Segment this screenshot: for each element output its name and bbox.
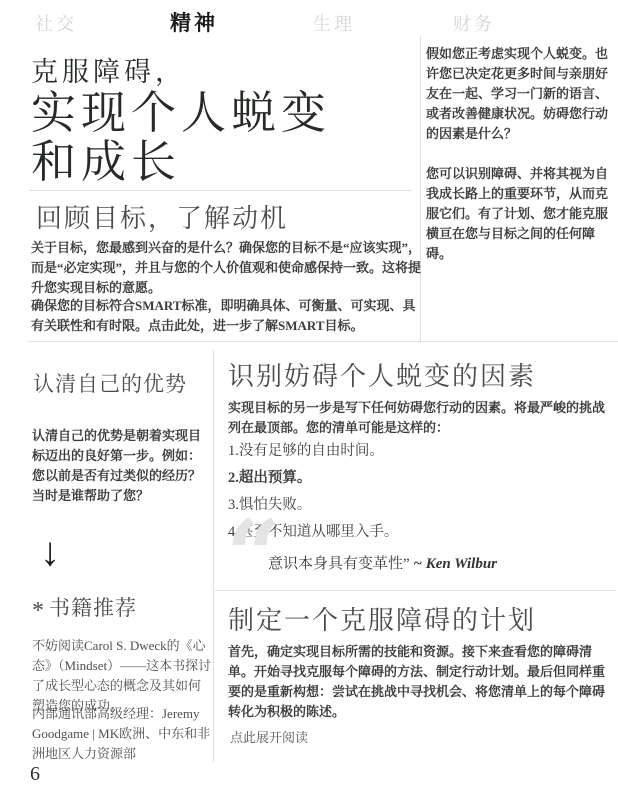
intro-paragraph-1: 假如您正考虑实现个人蜕变。也许您已决定花更多时间与亲朋好友在一起、学习一门新的语…: [426, 44, 614, 144]
books-section-heading: *书籍推荐: [32, 592, 137, 622]
quote-attribution: ~ Ken Wilbur: [413, 556, 497, 572]
factors-intro: 实现目标的另一步是写下任何妨碍您行动的因素。将最严峻的挑战列在最顶部。您的清单可…: [228, 398, 606, 438]
page-number: 6: [30, 763, 40, 786]
page-title: 克服障碍， 实现个人蜕变 和成长: [31, 55, 331, 187]
strengths-paragraph: 认清自己的优势是朝着实现目标迈出的良好第一步。例如：您以前是否有过类似的经历？当…: [32, 426, 212, 506]
plan-section-heading: 制定一个克服障碍的计划: [228, 600, 536, 637]
magazine-page: 社交 精神 生理 财务 克服障碍， 实现个人蜕变 和成长 假如您正考虑实现个人蜕…: [0, 0, 618, 800]
strengths-section-heading: 认清自己的优势: [33, 368, 187, 398]
smart-goals-link[interactable]: 点击此处: [148, 318, 200, 333]
page-title-line1: 克服障碍，: [31, 55, 331, 89]
obstacle-list: 1.没有足够的自由时间。 2.超出预算。 3.惧怕失败。 4.甚至不知道从哪里入…: [228, 438, 608, 546]
nav-tab-finance[interactable]: 财务: [453, 10, 495, 36]
credit-line: 内部通讯部高级经理：Jeremy Goodgame | MK欧洲、中东和非洲地区…: [32, 704, 212, 764]
divider-vertical-bottom: [213, 350, 214, 762]
quote-text: 意识本身具有变革性” ~ Ken Wilbur: [268, 552, 497, 573]
asterisk-icon: *: [32, 598, 45, 624]
review-paragraph-1: 关于目标，您最感到兴奋的是什么？确保您的目标不是“应该实现”，而是“必定实现”，…: [31, 238, 423, 298]
intro-paragraph-2: 您可以识别障碍、并将其视为自我成长路上的重要环节，从而克服它们。有了计划、您才能…: [426, 164, 614, 264]
divider-middle: [28, 341, 618, 342]
divider-review-top: [29, 190, 412, 191]
nav-tab-physical[interactable]: 生理: [313, 10, 355, 36]
obstacle-item: 1.没有足够的自由时间。: [228, 438, 608, 465]
plan-paragraph: 首先，确定实现目标所需的技能和资源。接下来查看您的障碍清单。开始寻找克服每个障碍…: [228, 642, 608, 722]
expand-read-link[interactable]: 点此展开阅读: [230, 727, 308, 746]
intro-column: 假如您正考虑实现个人蜕变。也许您已决定花更多时间与亲朋好友在一起、学习一门新的语…: [426, 44, 614, 284]
divider-plan-top: [215, 590, 616, 591]
page-title-line3: 和成长: [31, 138, 331, 187]
books-heading-text: 书籍推荐: [49, 596, 137, 620]
nav-tab-spirit[interactable]: 精神: [170, 7, 218, 37]
factors-section-heading: 识别妨碍个人蜕变的因素: [228, 356, 536, 393]
quote-body: 意识本身具有变革性”: [268, 556, 410, 572]
obstacle-item: 2.超出预算。: [228, 465, 608, 492]
review-section-heading: 回顾目标，了解动机: [36, 198, 288, 235]
review-paragraph-2: 确保您的目标符合SMART标准，即明确具体、可衡量、可实现、具有关联性和有时限。…: [31, 296, 423, 336]
review-paragraph-2-tail: ，进一步了解SMART目标。: [200, 318, 364, 333]
obstacle-item: 3.惧怕失败。: [228, 492, 608, 519]
obstacle-item: 4.甚至不知道从哪里入手。: [228, 519, 608, 546]
down-arrow-icon: ↓: [40, 528, 60, 575]
nav-tab-social[interactable]: 社交: [35, 10, 77, 36]
page-title-line2: 实现个人蜕变: [31, 89, 331, 138]
